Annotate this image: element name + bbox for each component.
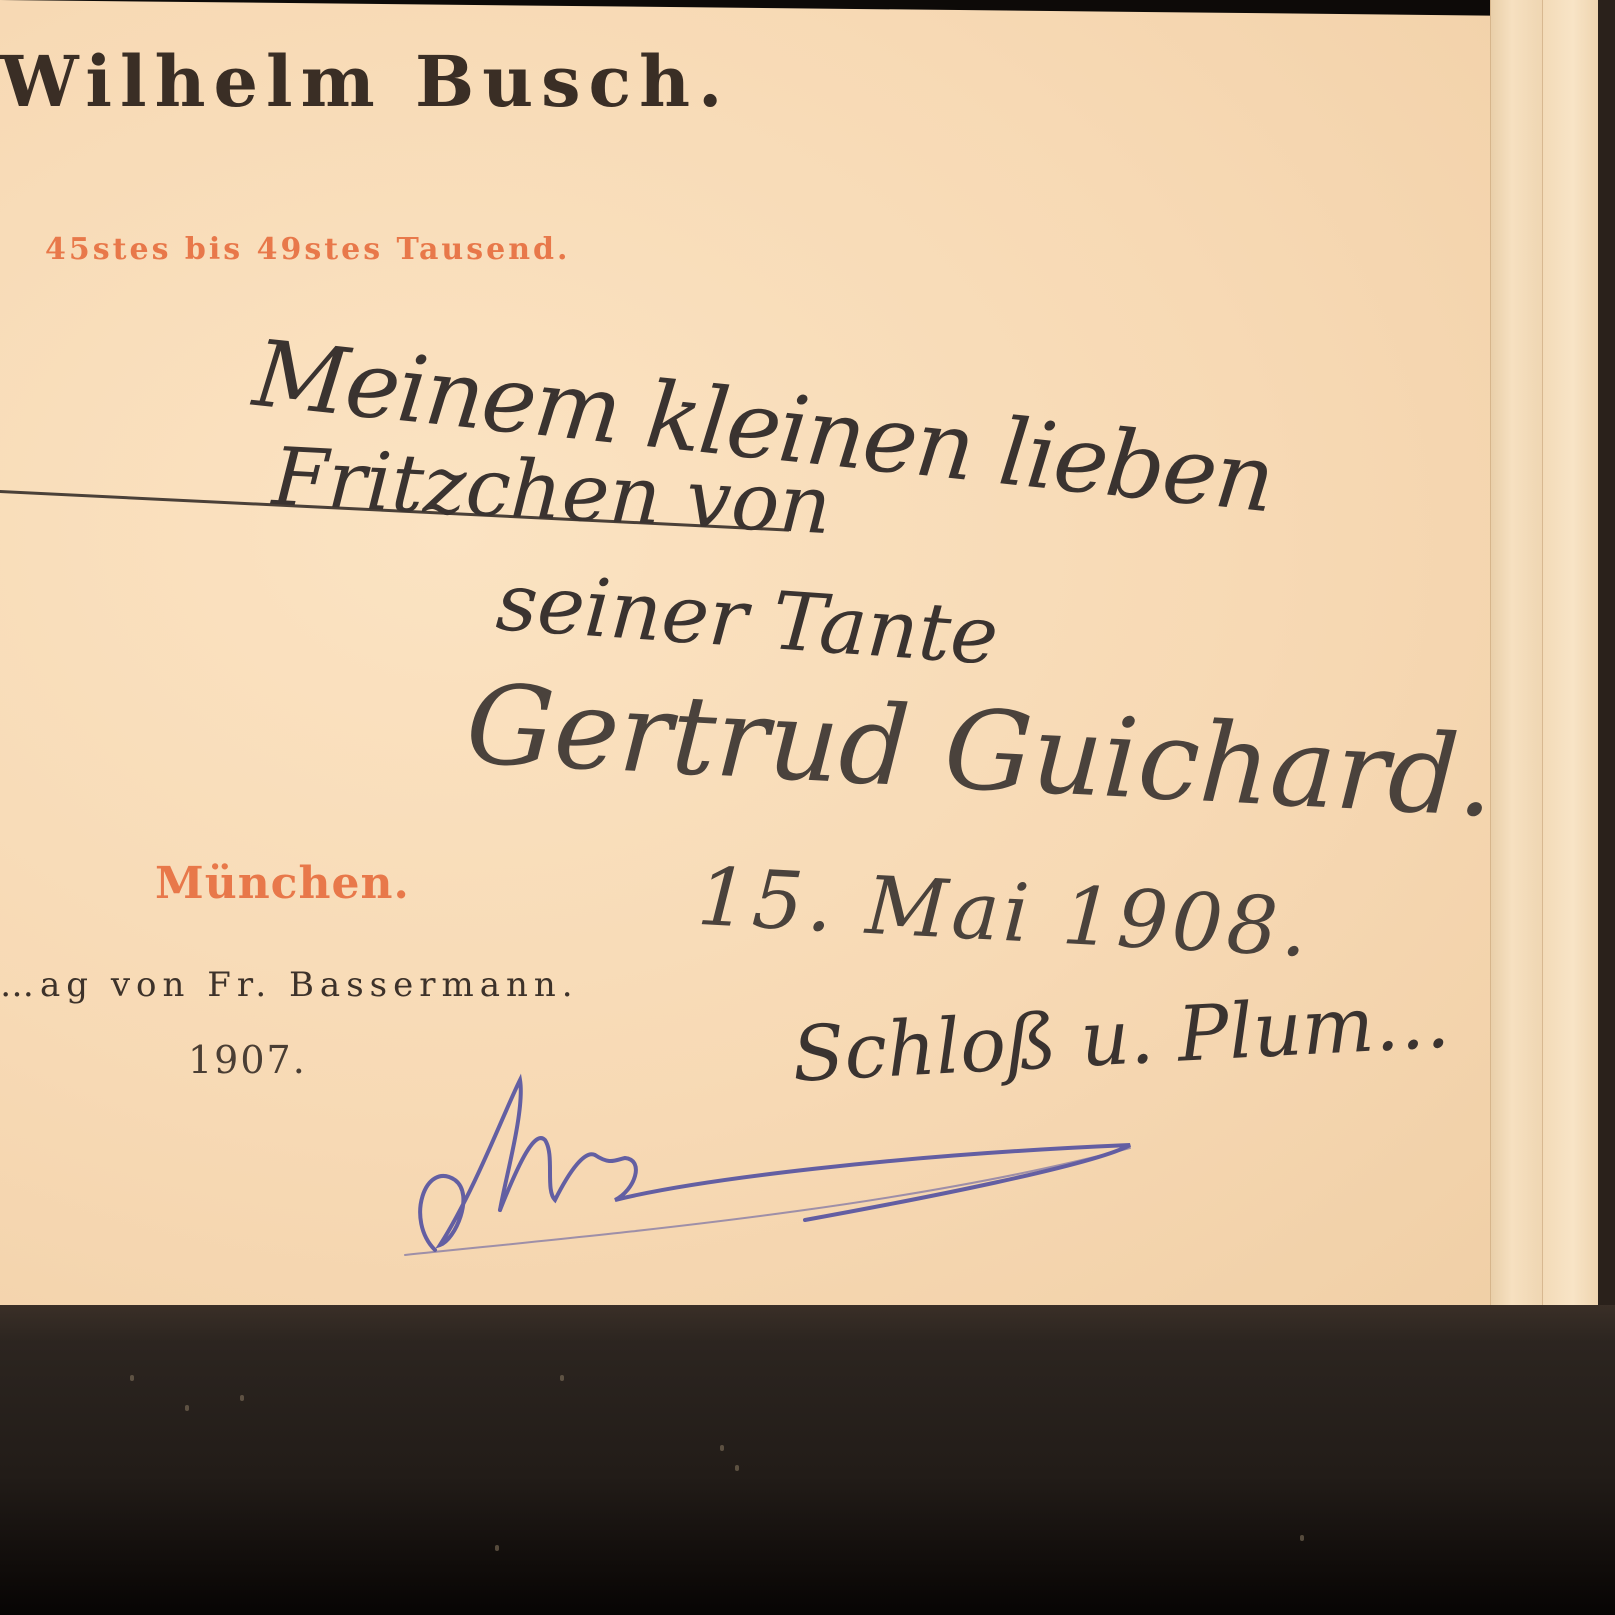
cover-board-edge (1598, 0, 1615, 1320)
book-cover (0, 1305, 1615, 1615)
dust-speck (560, 1375, 564, 1381)
book-photo: Wilhelm Busch. 45stes bis 49stes Tausend… (0, 0, 1615, 1615)
edition-note: 45stes bis 49stes Tausend. (45, 232, 570, 267)
blue-ink-signature (395, 1070, 1155, 1270)
dust-speck (720, 1445, 724, 1451)
author-name: Wilhelm Busch. (0, 40, 730, 123)
page-edge (1542, 0, 1603, 1320)
publisher-line: …ag von Fr. Bassermann. (0, 965, 579, 1005)
dust-speck (240, 1395, 244, 1401)
publication-city: München. (155, 858, 410, 909)
publication-year: 1907. (188, 1038, 307, 1082)
dust-speck (185, 1405, 189, 1411)
page-edge (1490, 0, 1543, 1318)
dust-speck (495, 1545, 499, 1551)
dust-speck (1300, 1535, 1304, 1541)
dust-speck (735, 1465, 739, 1471)
dust-speck (130, 1375, 134, 1381)
